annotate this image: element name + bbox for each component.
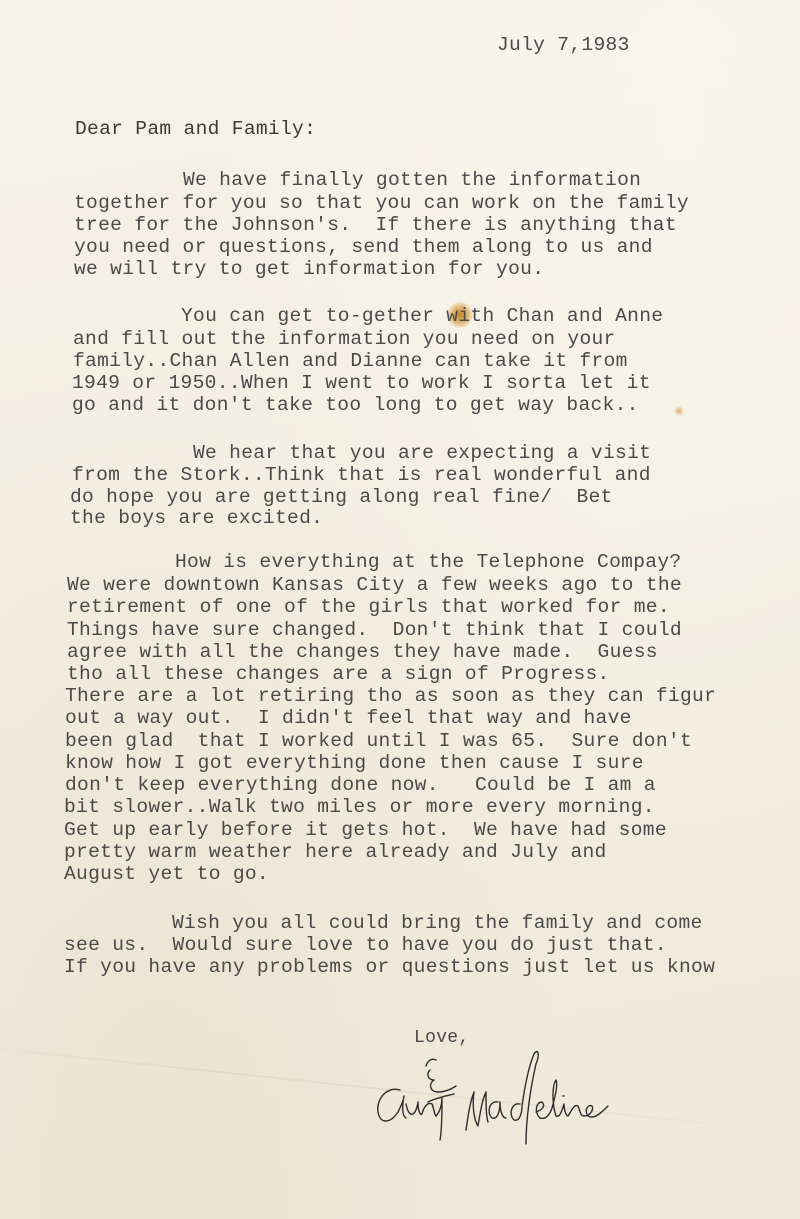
paragraph-line: together for you so that you can work on…	[74, 194, 689, 214]
paragraph-line: 1949 or 1950..When I went to work I sort…	[72, 374, 651, 394]
letter-date: July 7,1983	[497, 36, 630, 56]
paragraph-line: out a way out. I didn't feel that way an…	[65, 709, 632, 729]
paragraph-line: know how I got everything done then caus…	[65, 754, 644, 774]
paragraph-line: go and it don't take too long to get way…	[72, 396, 639, 416]
paragraph-line: from the Stork..Think that is real wonde…	[72, 466, 651, 486]
paragraph-line: How is everything at the Telephone Compa…	[175, 553, 681, 573]
letter-page: July 7,1983 Dear Pam and Family: We have…	[0, 0, 800, 1219]
paragraph-line: We were downtown Kansas City a few weeks…	[67, 576, 682, 596]
paragraph-line: We hear that you are expecting a visit	[193, 444, 651, 464]
paragraph-line: pretty warm weather here already and Jul…	[64, 843, 607, 863]
paragraph-line: and fill out the information you need on…	[73, 330, 616, 350]
paragraph-line: agree with all the changes they have mad…	[67, 643, 658, 663]
paragraph-line: the boys are excited.	[70, 509, 323, 529]
handwritten-signature	[370, 1040, 650, 1150]
paragraph-line: retirement of one of the girls that work…	[67, 598, 670, 618]
paragraph-line: been glad that I worked until I was 65. …	[65, 732, 692, 752]
paragraph-line: We have finally gotten the information	[183, 171, 641, 191]
paragraph-line: There are a lot retiring tho as soon as …	[65, 687, 716, 707]
paragraph-line: Things have sure changed. Don't think th…	[67, 621, 682, 641]
paragraph-line: tho all these changes are a sign of Prog…	[67, 665, 610, 685]
paragraph-line: we will try to get information for you.	[74, 260, 544, 280]
paragraph-line: do hope you are getting along real fine/…	[70, 488, 613, 508]
paragraph-line: bit slower..Walk two miles or more every…	[64, 798, 655, 818]
paragraph-line: you need or questions, send them along t…	[74, 238, 653, 258]
ink-stain	[674, 406, 684, 416]
paragraph-line: Wish you all could bring the family and …	[172, 914, 703, 934]
paragraph-line: don't keep everything done now. Could be…	[65, 776, 656, 796]
salutation: Dear Pam and Family:	[75, 120, 316, 140]
paragraph-line: Get up early before it gets hot. We have…	[64, 821, 667, 841]
paragraph-line: family..Chan Allen and Dianne can take i…	[73, 352, 628, 372]
paragraph-line: You can get to-gether with Chan and Anne	[181, 307, 663, 327]
paragraph-line: see us. Would sure love to have you do j…	[64, 936, 667, 956]
paragraph-line: August yet to go.	[64, 865, 269, 885]
paragraph-line: If you have any problems or questions ju…	[64, 958, 715, 978]
paragraph-line: tree for the Johnson's. If there is anyt…	[74, 216, 677, 236]
